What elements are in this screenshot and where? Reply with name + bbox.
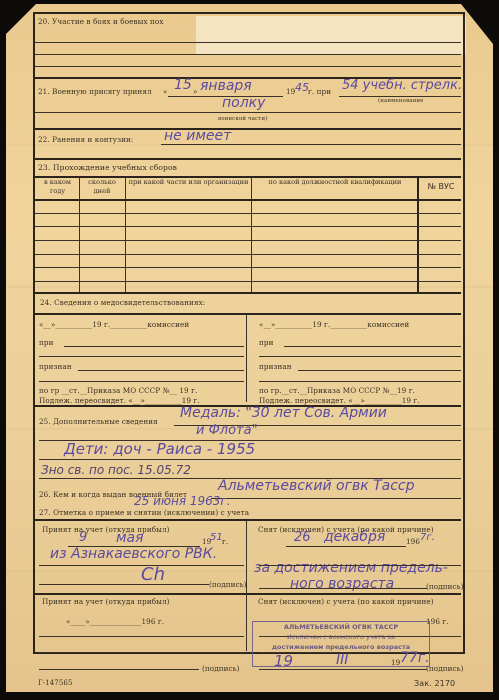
section-divider xyxy=(35,128,461,130)
underline xyxy=(259,356,461,357)
document-page: 20. Участие в боях и боевых пох 21. Воен… xyxy=(6,4,493,692)
rule xyxy=(35,54,461,55)
oath-year: 45 xyxy=(295,81,309,94)
id-issuer: Альметьевский огвк Тасср xyxy=(218,478,415,494)
col-header-qualification: по какой должностной квалификации xyxy=(252,178,418,187)
med2-priznan: признан xyxy=(259,362,292,371)
signature-icon: Сh xyxy=(141,564,165,585)
extra-line3: Дети: доч - Раиса - 1955 xyxy=(64,440,255,458)
rule xyxy=(35,66,461,67)
removed2-signature: (подпись) xyxy=(426,664,464,673)
table-row xyxy=(35,267,461,268)
wounds-value: не имеет xyxy=(164,128,231,144)
section22-label: 22. Ранения и контузии: xyxy=(38,135,133,144)
underline xyxy=(39,381,244,382)
table-header-rule xyxy=(35,199,461,201)
accepted2-header: Принят на учет (откуда прибыл) xyxy=(42,597,170,606)
col-divider xyxy=(79,177,80,292)
col-header-days: сколько дней xyxy=(80,178,124,196)
med1-recheck: Подлеж. переосвидет. «__»__________19 г. xyxy=(39,396,200,405)
accepted1-day: 9 xyxy=(79,530,87,545)
underline xyxy=(284,346,461,347)
stamp-year: 77г. xyxy=(400,650,430,666)
order-number: Зак. 2170 xyxy=(414,679,455,688)
underline xyxy=(39,584,209,585)
quote-open: « xyxy=(163,87,168,96)
stamp-year-prefix: 19 xyxy=(391,658,400,667)
caption-unit: воинской части) xyxy=(218,116,267,122)
extra-line4: Зно св. по пос. 15.05.72 xyxy=(41,463,191,477)
quote-close: » xyxy=(193,87,198,96)
accepted1-header: Принят на учет (откуда прибыл) xyxy=(42,525,170,534)
removed1-signature: (подпись) xyxy=(426,582,464,591)
col-header-year: в каком году xyxy=(36,178,79,196)
section27-rule xyxy=(35,519,461,521)
underline xyxy=(39,356,244,357)
underline xyxy=(39,669,199,670)
stamp-line1: АЛЬМЕТЬЕВСКИЙ ОГВК ТАССР xyxy=(253,622,429,632)
underline xyxy=(39,652,244,653)
table-row xyxy=(35,254,461,255)
col-header-unit: при какой части или организации xyxy=(126,178,251,187)
section24-label: 24. Сведения о медосвидетельствованиях: xyxy=(40,298,205,307)
stamp-month: III xyxy=(336,652,348,668)
underline xyxy=(64,346,244,347)
top-rule xyxy=(33,12,463,14)
underline xyxy=(339,96,461,97)
accepted1-signature: (подпись) xyxy=(209,580,247,589)
section27-label: 27. Отметка о приеме и снятии (исключени… xyxy=(39,508,249,517)
stamp-line2: Исключен с воинского учета за xyxy=(253,632,429,642)
med2-date-line: «__»__________19 г.__________комиссией xyxy=(259,320,409,329)
underline xyxy=(259,381,461,382)
year-prefix: 19 xyxy=(286,87,295,96)
rule xyxy=(35,112,461,113)
removed1-reason-line2: ного возраста xyxy=(290,576,394,592)
med1-priznan: признан xyxy=(39,362,72,371)
med2-recheck: Подлеж. переосвидет. «__»__________19 г. xyxy=(259,396,420,405)
rule xyxy=(35,42,461,43)
accepted1-year-suffix: г. xyxy=(222,537,228,546)
underline xyxy=(39,636,244,637)
caption-name: (наименование xyxy=(378,98,424,104)
underline xyxy=(211,498,461,499)
med1-pri: при xyxy=(39,338,53,347)
extra-line1: Медаль: "30 лет Сов. Армии xyxy=(180,405,387,421)
med1-date-line: «__»__________19 г.__________комиссией xyxy=(39,320,189,329)
section-divider xyxy=(35,292,461,294)
table-row xyxy=(35,226,461,227)
section24-rule xyxy=(35,313,461,315)
med2-order: по гр.__ст.__Приказа МО СССР №__19 г. xyxy=(259,386,415,395)
section-divider xyxy=(35,158,461,160)
underline xyxy=(259,588,427,589)
removed1-month: декабря xyxy=(324,529,385,545)
accepted2-date-line: «____»______________196 г. xyxy=(66,617,164,626)
oath-month: января xyxy=(200,78,252,94)
underline xyxy=(78,370,244,371)
oath-unit-line1: 54 учебн. стрелк. xyxy=(342,78,462,93)
underline xyxy=(298,370,461,371)
med1-order: по гр __ст.__Приказа МО СССР №__ 19 г. xyxy=(39,386,197,395)
section25-label: 25. Дополнительные сведения xyxy=(39,417,158,426)
section21-label: 21. Военную присягу принял xyxy=(38,87,152,96)
accepted1-year: 51 xyxy=(210,532,223,543)
removed1-reason-line1: за достижением предель- xyxy=(254,560,448,576)
col-header-vus: № ВУС xyxy=(419,182,463,191)
col-divider xyxy=(417,177,419,292)
accepted1-from: из Азнакаевского РВК. xyxy=(50,546,217,562)
stamp-day: 19 xyxy=(274,652,293,670)
underline xyxy=(286,546,406,547)
year-suffix: г. при xyxy=(308,87,331,96)
removed1-day: 26 xyxy=(294,530,311,545)
accepted1-month: мая xyxy=(116,530,144,546)
table-row xyxy=(35,240,461,241)
table-row xyxy=(35,281,461,282)
col-divider xyxy=(125,177,126,292)
underline xyxy=(259,565,461,566)
section20-label: 20. Участие в боях и боевых пох xyxy=(38,17,164,26)
form-number: Г-147565 xyxy=(38,679,73,687)
col-divider xyxy=(246,314,247,402)
med2-pri: при xyxy=(259,338,273,347)
extra-line2: и Флота" xyxy=(196,423,258,438)
removed1-year: 7г. xyxy=(420,532,435,543)
underline xyxy=(39,459,461,460)
id-issue-date: 25 июня 1963г. xyxy=(134,494,231,508)
underline xyxy=(161,144,461,145)
oath-day: 15 xyxy=(174,77,192,93)
oath-unit-line2: полку xyxy=(222,95,265,111)
removed2-header: Снят (исключен) с учета (по какой причин… xyxy=(258,597,434,606)
accepted2-signature: (подпись) xyxy=(202,664,240,673)
section23-label: 23. Прохождение учебных сборов xyxy=(38,163,177,172)
section-divider xyxy=(35,593,461,595)
removed1-year-prefix: 196 xyxy=(406,537,420,546)
table-row xyxy=(35,213,461,214)
col-divider xyxy=(251,177,252,292)
